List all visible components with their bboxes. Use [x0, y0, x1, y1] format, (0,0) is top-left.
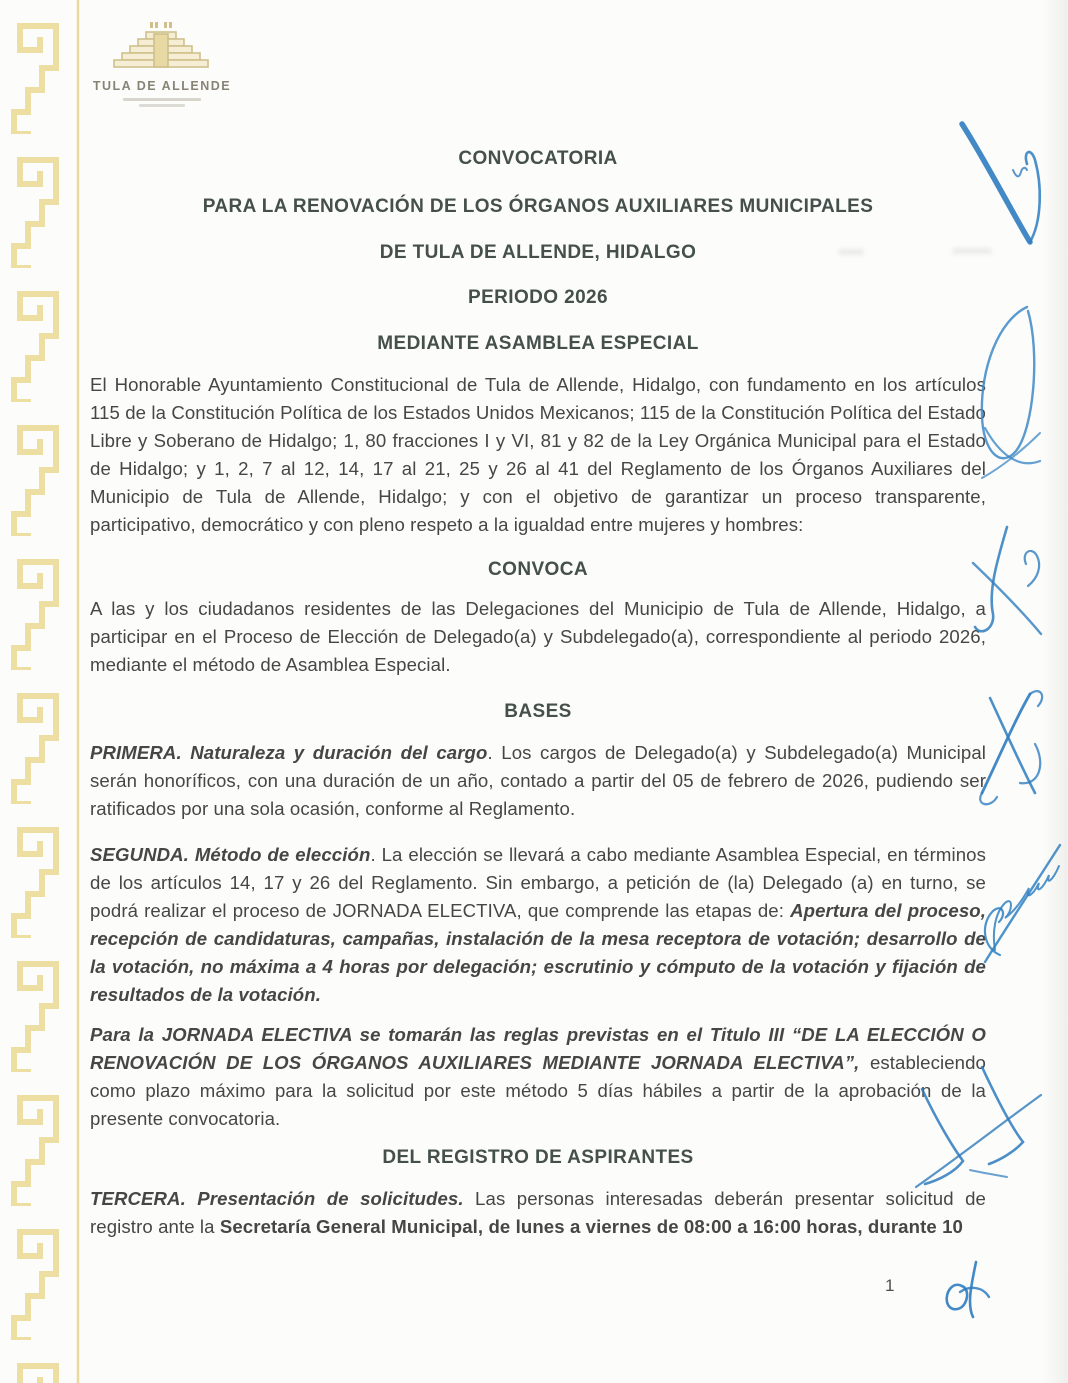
scan-edge-shading: [1042, 0, 1068, 1383]
paragraph-segunda: SEGUNDA. Método de elección. La elección…: [90, 841, 986, 1009]
title-municipio: DE TULA DE ALLENDE, HIDALGO: [90, 242, 986, 264]
text-run: SEGUNDA. Método de elección: [90, 844, 370, 865]
paragraph-tercera: TERCERA. Presentación de solicitudes. La…: [90, 1185, 986, 1241]
rubric-k: [980, 691, 1042, 804]
text-run: Secretaría General Municipal, de lunes a…: [220, 1216, 963, 1237]
document-body: CONVOCATORIAPARA LA RENOVACIÓN DE LOS ÓR…: [90, 0, 986, 1241]
paragraph-primera: PRIMERA. Naturaleza y duración del cargo…: [90, 739, 986, 823]
rubric-initial-bottom: [947, 1262, 989, 1317]
aztec-border-pattern: [4, 0, 90, 1383]
text-run: TERCERA. Presentación de solicitudes.: [90, 1188, 464, 1209]
paragraph-convoca: A las y los ciudadanos residentes de las…: [90, 595, 986, 679]
title-convocatoria: CONVOCATORIA: [90, 148, 986, 170]
text-run: PRIMERA. Naturaleza y duración del cargo: [90, 742, 487, 763]
heading-convoca: CONVOCA: [90, 559, 986, 581]
text-run: El Honorable Ayuntamiento Constitucional…: [90, 374, 986, 535]
title-metodo: MEDIANTE ASAMBLEA ESPECIAL: [90, 333, 986, 355]
title-renovacion: PARA LA RENOVACIÓN DE LOS ÓRGANOS AUXILI…: [90, 196, 986, 218]
paragraph-fundamento: El Honorable Ayuntamiento Constitucional…: [90, 371, 986, 539]
text-run: A las y los ciudadanos residentes de las…: [90, 598, 986, 675]
heading-bases: BASES: [90, 701, 986, 723]
page-number: 1: [885, 1276, 895, 1296]
document-page: TULA DE ALLENDE CONVOCATORIAPARA LA RENO…: [0, 0, 1068, 1383]
rubric-loop: [982, 307, 1040, 478]
heading-registro: DEL REGISTRO DE ASPIRANTES: [90, 1147, 986, 1169]
text-run: Para la JORNADA ELECTIVA se tomarán las …: [90, 1024, 986, 1073]
title-periodo: PERIODO 2026: [90, 287, 986, 309]
paragraph-jornada: Para la JORNADA ELECTIVA se tomarán las …: [90, 1021, 986, 1133]
